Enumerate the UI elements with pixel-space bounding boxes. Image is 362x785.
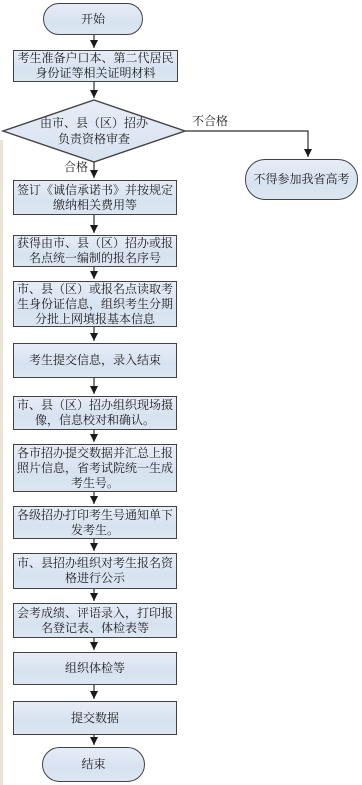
node-read-id-fill-info: 市、县（区）或报名点读取考 生身份证信息，组织考生分期 分批上网填报基本信息	[13, 281, 177, 327]
node-photo-and-confirm: 市、县（区）招办组织现场摄 像，信息校对和确认。	[13, 396, 177, 430]
node-end: 结束	[42, 747, 145, 782]
edge-label-fail: 不合格	[192, 112, 228, 129]
node-not-allowed: 不得参加我省高考	[245, 159, 358, 200]
node-generate-candidate-number: 各市招办提交数据并汇总上报 照片信息，省考试院统一生成 考生号。	[13, 444, 177, 492]
node-sign-commitment: 签订《诚信承诺书》并按规定 缴纳相关费用等	[13, 180, 177, 215]
node-qualification-review: 由市、县（区）招办 负责资格审查	[24, 103, 164, 159]
node-start: 开始	[43, 3, 143, 35]
node-scores-print-forms: 会考成绩、评语录入，打印报 名登记表、体检表等	[13, 603, 177, 638]
node-prepare-materials: 考生准备户口本、第二代居民 身份证等相关证明材料	[13, 50, 178, 82]
node-submit-info: 考生提交信息，录入结束	[13, 343, 177, 378]
edge-label-pass: 合格	[64, 158, 88, 175]
node-publicity: 市、县招办组织对考生报名资 格进行公示	[13, 553, 177, 589]
node-print-notice: 各级招办打印考生号通知单下 发考生。	[13, 506, 177, 539]
node-submit-data: 提交数据	[13, 701, 177, 735]
arrow-review-notallowed	[185, 131, 308, 157]
flowchart-canvas: 开始 考生准备户口本、第二代居民 身份证等相关证明材料 由市、县（区）招办 负责…	[0, 0, 362, 785]
node-get-serial-number: 获得由市、县（区）招办或报 名点统一编制的报名序号	[13, 235, 177, 267]
node-physical-exam: 组织体检等	[13, 652, 177, 685]
